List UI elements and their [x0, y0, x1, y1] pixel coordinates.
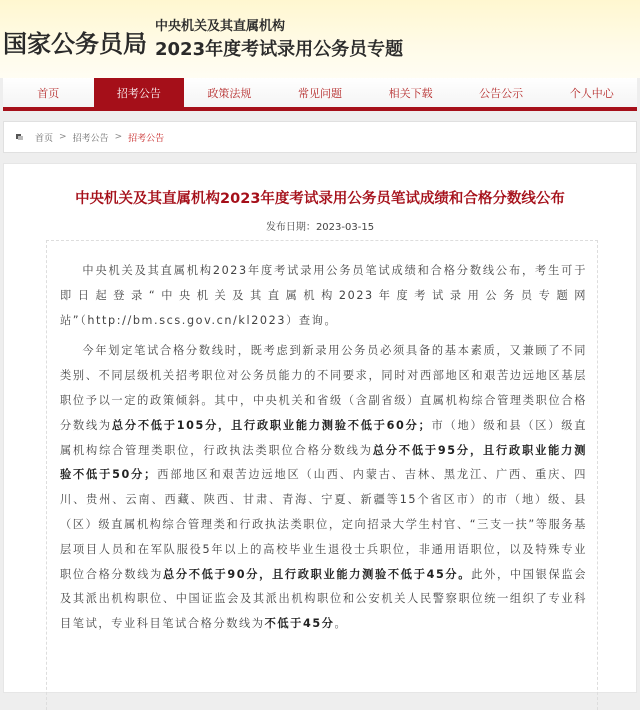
article-body: 中央机关及其直属机构2023年度考试录用公务员笔试成绩和合格分数线公布，考生可于… [46, 240, 598, 683]
nav-item-recruitment-notices[interactable]: 招考公告 [94, 78, 185, 107]
article-paragraph: 中央机关及其直属机构2023年度考试录用公务员笔试成绩和合格分数线公布，考生可于… [60, 259, 587, 333]
publish-date-value: 2023-03-15 [316, 222, 374, 233]
location-icon [16, 134, 23, 140]
article: 中央机关及其直属机构2023年度考试录用公务员笔试成绩和合格分数线公布 发布日期… [3, 163, 637, 683]
header-subtitle-line2: 2023年度考试录用公务员专题 [155, 35, 403, 61]
score-line-highlight: 总分不低于105分，且行政职业能力测验不低于60分； [112, 419, 431, 432]
nav-item-home[interactable]: 首页 [3, 78, 94, 107]
breadcrumb-current[interactable]: 招考公告 [128, 131, 164, 144]
breadcrumb-separator: > [115, 132, 123, 142]
paragraph-text: 。 [335, 617, 348, 630]
nav-item-announcements[interactable]: 公告公示 [456, 78, 547, 107]
nav-item-user-center[interactable]: 个人中心 [546, 78, 637, 107]
breadcrumb: 首页 > 招考公告 > 招考公告 [3, 121, 637, 153]
breadcrumb-separator: > [59, 132, 67, 142]
site-logo[interactable]: 国家公务员局 [3, 24, 147, 59]
site-header: 国家公务员局 中央机关及其直属机构 2023年度考试录用公务员专题 [0, 0, 640, 78]
score-line-highlight: 总分不低于90分，且行政职业能力测验不低于45分。 [163, 568, 471, 581]
score-line-highlight: 不低于45分 [265, 617, 335, 630]
publish-date: 发布日期：2023-03-15 [4, 218, 636, 233]
breadcrumb-recruitment[interactable]: 招考公告 [73, 131, 109, 144]
main-nav: 首页 招考公告 政策法规 常见问题 相关下载 公告公示 个人中心 [3, 78, 637, 111]
nav-item-policies[interactable]: 政策法规 [184, 78, 275, 107]
header-subtitle-line1: 中央机关及其直属机构 [155, 15, 285, 34]
nav-item-faq[interactable]: 常见问题 [275, 78, 366, 107]
publish-date-label: 发布日期： [266, 222, 316, 233]
article-paragraph: 今年划定笔试合格分数线时，既考虑到新录用公务员必须具备的基本素质，又兼顾了不同类… [60, 339, 587, 637]
paragraph-text: 西部地区和艰苦边远地区（山西、内蒙古、吉林、黑龙江、广西、重庆、四川、贵州、云南… [60, 468, 587, 580]
article-title: 中央机关及其直属机构2023年度考试录用公务员笔试成绩和合格分数线公布 [4, 187, 636, 208]
breadcrumb-home[interactable]: 首页 [35, 131, 53, 144]
nav-item-downloads[interactable]: 相关下载 [365, 78, 456, 107]
paragraph-text: 中央机关及其直属机构2023年度考试录用公务员笔试成绩和合格分数线公布，考生可于… [60, 264, 587, 327]
